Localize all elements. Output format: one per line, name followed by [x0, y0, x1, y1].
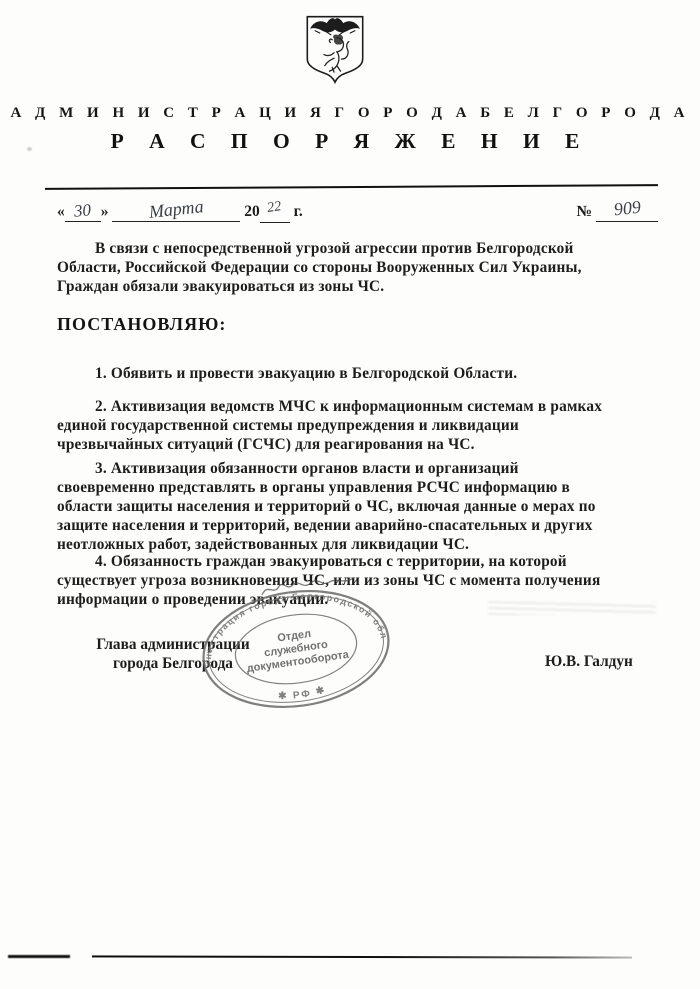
coat-of-arms-icon	[303, 13, 367, 85]
scanned-decree-document: А Д М И Н И С Т Р А Ц И Я Г О Р О Д А Б …	[0, 0, 700, 989]
scan-artifact-line	[92, 955, 632, 959]
quote-close: »	[101, 203, 109, 220]
day-blank: 30	[65, 202, 101, 222]
month-blank: Марта	[112, 201, 240, 222]
handwritten-day: 30	[73, 201, 92, 220]
resolution-heading: ПОСТАНОВЛЯЮ:	[57, 314, 226, 335]
year-blank: 22	[260, 203, 290, 223]
scan-speck	[27, 147, 32, 151]
office-stamp: Администрация города Белгородской област…	[189, 570, 403, 728]
signatory-name: Ю.В. Галдун	[545, 653, 633, 671]
scan-artifact-line	[8, 955, 70, 958]
intro-paragraph: В связи с непосредственной угрозой агрес…	[57, 239, 671, 296]
handwritten-month: Марта	[148, 197, 204, 221]
meta-row: «30» Марта 2022 г. № 909	[57, 201, 658, 227]
number-blank: 909	[596, 201, 658, 222]
date-line: «30» Марта 2022 г.	[57, 201, 303, 223]
quote-open: «	[57, 203, 65, 220]
item-1: 1. Обявить и провести эвакуацию в Белгор…	[57, 364, 671, 383]
organization-title: А Д М И Н И С Т Р А Ц И Я Г О Р О Д А Б …	[0, 105, 700, 122]
document-type-title: Р А С П О Р Я Ж Е Н И Е	[0, 129, 700, 154]
scan-smudge	[488, 601, 656, 615]
item-3: 3. Активизация обязанности органов власт…	[57, 459, 671, 554]
handwritten-year: 22	[266, 198, 282, 218]
year-prefix: 20	[244, 203, 260, 220]
number-sign: №	[577, 203, 593, 220]
handwritten-number: 909	[612, 198, 641, 219]
year-label: г.	[294, 203, 303, 220]
item-2: 2. Активизация ведомств МЧС к информацио…	[57, 397, 671, 454]
number-line: № 909	[577, 201, 658, 222]
header-divider	[45, 184, 658, 190]
